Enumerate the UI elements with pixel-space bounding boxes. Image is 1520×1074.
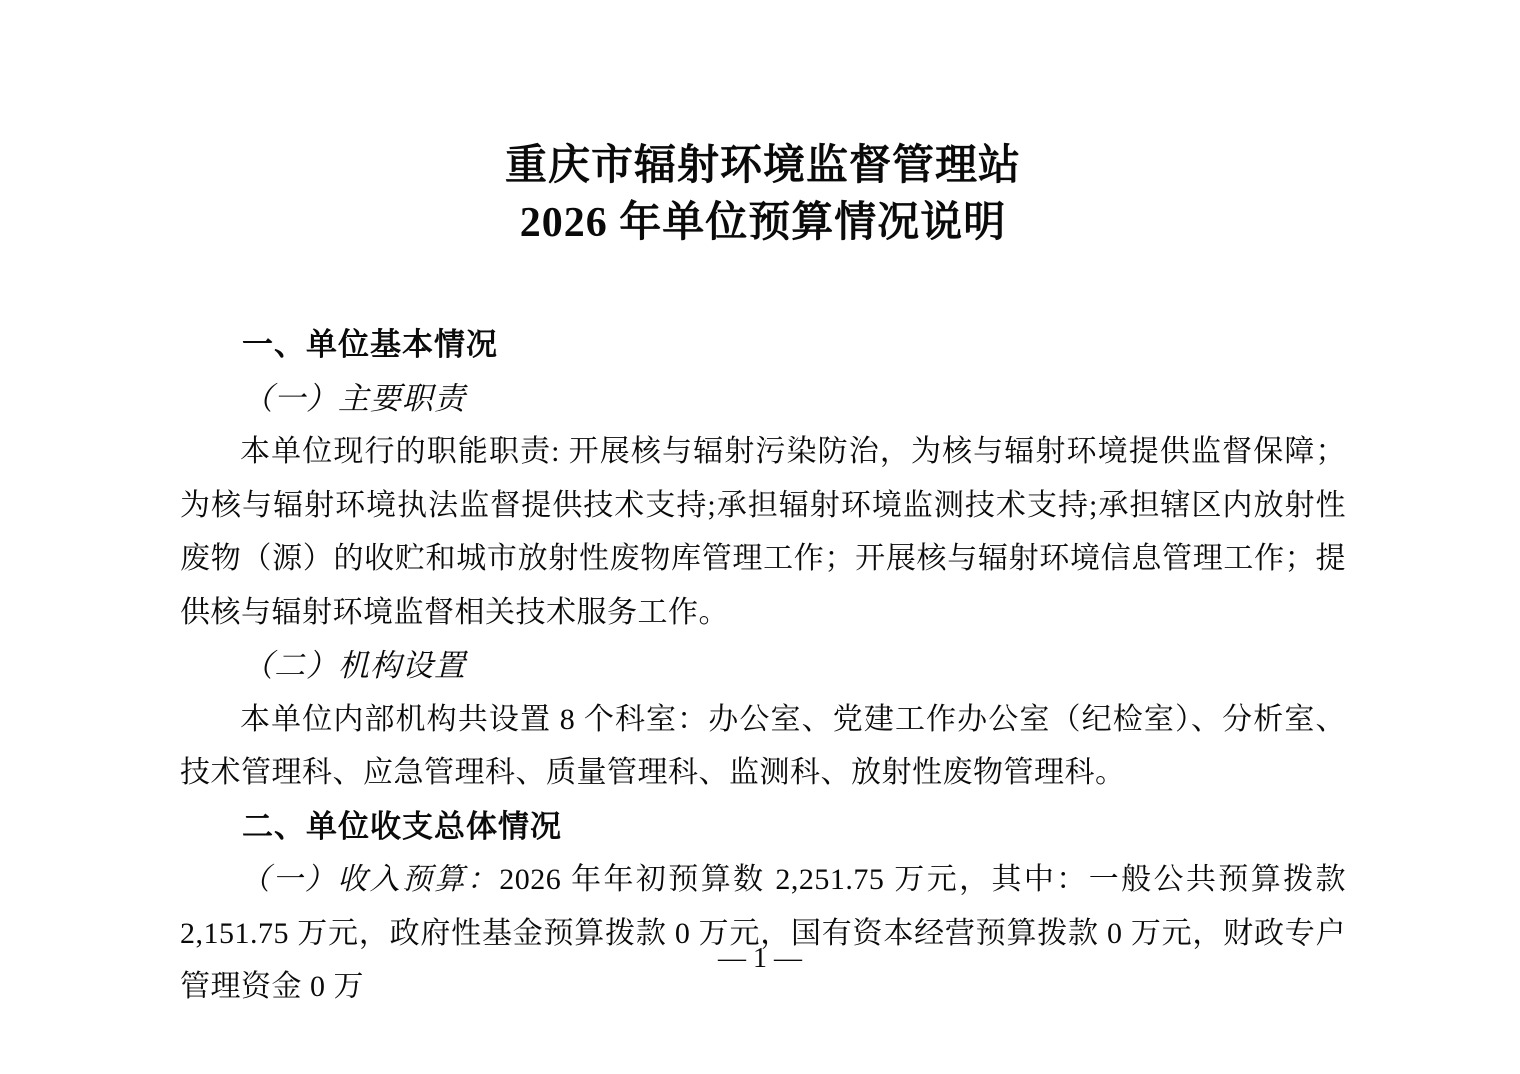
section1-sub2-heading: （二）机构设置 — [180, 639, 1346, 693]
document-page: 重庆市辐射环境监督管理站 2026 年单位预算情况说明 一、单位基本情况 （一）… — [0, 0, 1520, 1074]
section1-sub1-paragraph: 本单位现行的职能职责: 开展核与辐射污染防治，为核与辐射环境提供监督保障；为核与… — [180, 425, 1346, 639]
section1-heading: 一、单位基本情况 — [180, 318, 1346, 372]
document-title: 重庆市辐射环境监督管理站 2026 年单位预算情况说明 — [180, 138, 1346, 252]
document-title-line2: 2026 年单位预算情况说明 — [180, 195, 1346, 252]
section2-heading: 二、单位收支总体情况 — [180, 800, 1346, 854]
document-content: 重庆市辐射环境监督管理站 2026 年单位预算情况说明 一、单位基本情况 （一）… — [180, 138, 1346, 1014]
page-number: — 1 — — [0, 942, 1520, 976]
document-title-line1: 重庆市辐射环境监督管理站 — [180, 138, 1346, 195]
section1-sub2-paragraph: 本单位内部机构共设置 8 个科室：办公室、党建工作办公室（纪检室）、分析室、技术… — [180, 693, 1346, 800]
section1-sub1-heading: （一）主要职责 — [180, 372, 1346, 426]
section2-sub1-lead: （一）收入预算： — [240, 863, 499, 896]
section2-sub1-paragraph: （一）收入预算：2026 年年初预算数 2,251.75 万元，其中：一般公共预… — [180, 853, 1346, 1014]
